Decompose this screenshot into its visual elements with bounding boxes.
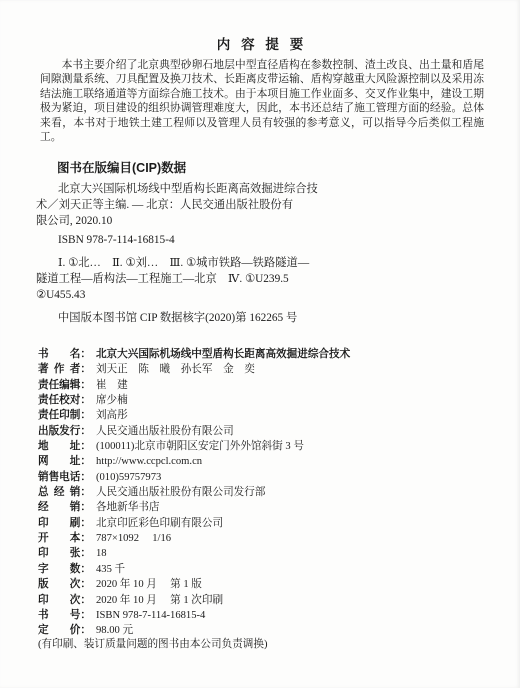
publication-value: 崔 建 (96, 380, 128, 391)
publication-info-list: 书 名：北京大兴国际机场线中型盾构长距离高效掘进综合技术 著 作 者：刘天正 陈… (38, 347, 502, 639)
publication-value: 人民交通出版社股份有限公司 (96, 426, 234, 437)
publication-label: 网 址： (38, 455, 91, 467)
publication-row-distributor: 经 销：各地新华书店 (38, 500, 502, 515)
publication-row-format: 开 本：787×1092 1/16 (38, 531, 502, 546)
publication-value: 席少楠 (96, 395, 128, 406)
publication-value: 98.00 元 (96, 625, 133, 636)
publication-row-impression: 印 次：2020 年 10 月 第 1 次印刷 (38, 593, 502, 608)
cip-classification-line-1: Ⅰ. ①北… Ⅱ. ①刘… Ⅲ. ①城市铁路—铁路隧道— (36, 255, 466, 271)
cip-title-line-2: 术／刘天正等主编. — 北京：人民交通出版社股份有 (36, 197, 466, 213)
publication-row-book-title: 书 名：北京大兴国际机场线中型盾构长距离高效掘进综合技术 (38, 347, 502, 362)
publication-row-printer: 印 刷：北京印匠彩色印刷有限公司 (38, 516, 502, 531)
cip-title-line-1: 北京大兴国际机场线中型盾构长距离高效掘进综合技 (36, 181, 466, 197)
publication-value: (010)59757973 (96, 472, 161, 483)
publication-label: 书 号： (38, 609, 91, 621)
content-summary-title: 内容提要 (0, 33, 520, 53)
publication-row-website: 网 址：http://www.ccpcl.com.cn (38, 454, 502, 469)
publication-row-publisher: 出版发行：人民交通出版社股份有限公司 (38, 424, 502, 439)
publication-label: 责任印制： (38, 409, 91, 421)
publication-label: 书 名： (38, 348, 91, 360)
publication-value: 北京大兴国际机场线中型盾构长距离高效掘进综合技术 (96, 348, 350, 360)
publication-label: 总 经 销： (38, 486, 91, 498)
publication-row-editor: 责任编辑：崔 建 (38, 378, 502, 393)
publication-row-authors: 著 作 者：刘天正 陈 曦 孙长军 金 奕 (38, 362, 502, 377)
book-copyright-page: 内容提要 本书主要介绍了北京典型砂卵石地层中型直径盾构在参数控制、渣土改良、出土… (0, 0, 520, 688)
publication-value: 刘高彤 (96, 410, 128, 421)
publication-label: 责任校对： (38, 394, 91, 406)
publication-value: 2020 年 10 月 第 1 版 (96, 579, 202, 590)
cip-classification-line-2: 隧道工程—盾构法—工程施工—北京 Ⅳ. ①U239.5 (36, 271, 466, 287)
publication-label: 经 销： (38, 501, 91, 513)
publication-value: 刘天正 陈 曦 孙长军 金 奕 (96, 364, 255, 375)
publication-label: 销售电话： (38, 471, 91, 483)
content-summary-paragraph: 本书主要介绍了北京典型砂卵石地层中型直径盾构在参数控制、渣土改良、出土量和盾尾间… (40, 58, 484, 144)
publication-value: 435 千 (96, 564, 125, 575)
publication-value: http://www.ccpcl.com.cn (96, 456, 202, 467)
publication-label: 地 址： (38, 440, 91, 452)
publication-label: 印 刷： (38, 517, 91, 529)
publication-value: 人民交通出版社股份有限公司发行部 (96, 487, 266, 498)
quality-replacement-note: (有印刷、装订质量问题的图书由本公司负责调换) (38, 636, 268, 651)
publication-row-sales-phone: 销售电话：(010)59757973 (38, 470, 502, 485)
publication-value: 787×1092 1/16 (96, 533, 171, 544)
publication-label: 印 次： (38, 594, 91, 606)
publication-value: (100011)北京市朝阳区安定门外外馆斜街 3 号 (96, 441, 304, 452)
publication-label: 字 数： (38, 563, 91, 575)
publication-value: ISBN 978-7-114-16815-4 (96, 610, 205, 621)
publication-value: 各地新华书店 (96, 502, 160, 513)
publication-row-general-distributor: 总 经 销：人民交通出版社股份有限公司发行部 (38, 485, 502, 500)
cip-classification-line-3: ②U455.43 (36, 287, 466, 303)
publication-row-address: 地 址：(100011)北京市朝阳区安定门外外馆斜街 3 号 (38, 439, 502, 454)
publication-row-word-count: 字 数：435 千 (38, 562, 502, 577)
publication-label: 印 张： (38, 547, 91, 559)
cip-section-heading: 图书在版编目(CIP)数据 (57, 158, 186, 176)
publication-value: 2020 年 10 月 第 1 次印刷 (96, 595, 223, 606)
publication-value: 北京印匠彩色印刷有限公司 (96, 518, 223, 529)
publication-row-edition: 版 次：2020 年 10 月 第 1 版 (38, 577, 502, 592)
publication-row-print-supervisor: 责任印制：刘高彤 (38, 408, 502, 423)
publication-row-isbn: 书 号：ISBN 978-7-114-16815-4 (38, 608, 502, 623)
publication-label: 版 次： (38, 578, 91, 590)
publication-value: 18 (96, 548, 107, 559)
cip-isbn-line: ISBN 978-7-114-16815-4 (36, 232, 466, 248)
cip-record-number-line: 中国版本图书馆 CIP 数据核字(2020)第 162265 号 (36, 310, 466, 326)
cip-data-block: 北京大兴国际机场线中型盾构长距离高效掘进综合技 术／刘天正等主编. — 北京：人… (36, 181, 466, 326)
publication-label: 出版发行： (38, 425, 91, 437)
publication-label: 著 作 者： (38, 363, 91, 375)
publication-label: 责任编辑： (38, 379, 91, 391)
publication-row-sheets: 印 张：18 (38, 546, 502, 561)
publication-label: 定 价： (38, 624, 91, 636)
publication-row-proofreader: 责任校对：席少楠 (38, 393, 502, 408)
cip-title-line-3: 限公司, 2020.10 (36, 213, 466, 229)
publication-label: 开 本： (38, 532, 91, 544)
